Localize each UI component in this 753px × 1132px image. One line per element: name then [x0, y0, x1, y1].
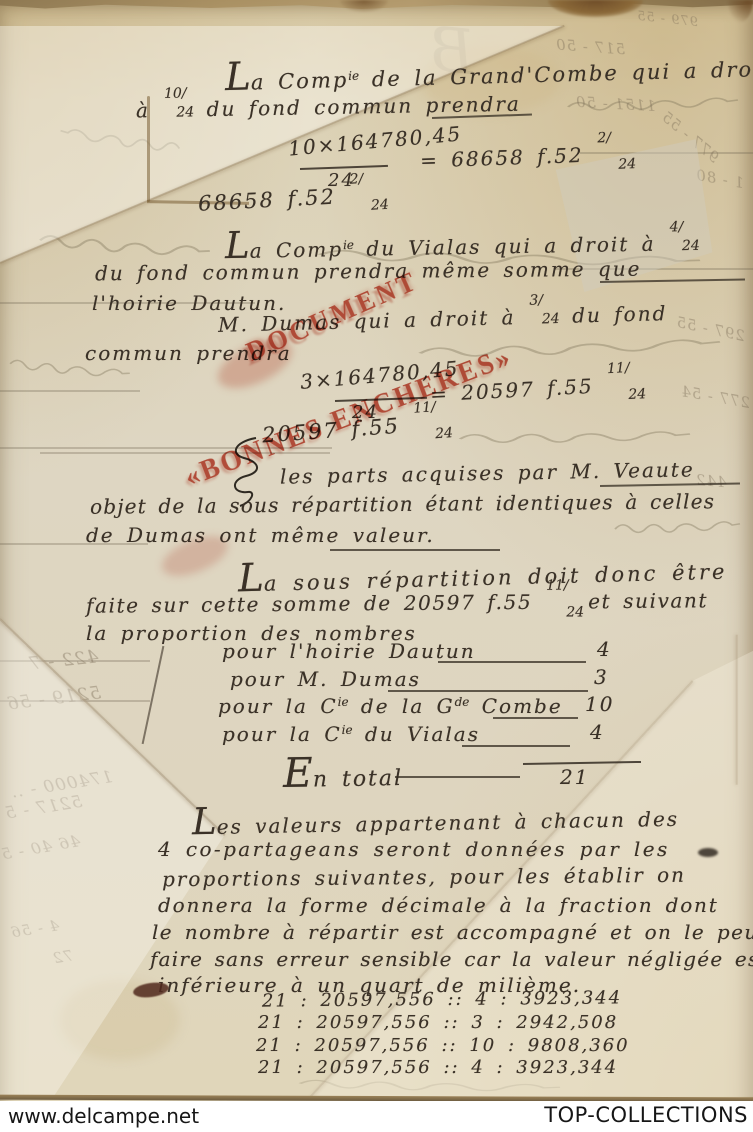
leader-line — [438, 661, 586, 663]
proportion-line: 21 : 20597,556 :: 10 : 9808,360 — [256, 1036, 630, 1056]
fraction: 3/24 — [527, 303, 560, 326]
leader-line — [388, 690, 588, 692]
manuscript-line: objet de la sous répartition étant ident… — [90, 490, 715, 517]
allocation-item-label: pour la Cie du Vialas — [222, 723, 480, 745]
fraction: 11/24 — [544, 588, 576, 610]
fraction: 11/24 — [412, 410, 445, 434]
allocation-item-label: pour l'hoirie Dautun — [222, 640, 476, 662]
fraction: 10/24 — [162, 96, 194, 119]
superscript: ie — [342, 723, 353, 737]
ghost-rule — [0, 390, 140, 392]
superscript: de — [455, 695, 470, 709]
fraction: 11/24 — [605, 371, 638, 395]
proportion-line: 21 : 20597,556 :: 4 : 3923,344 — [258, 1058, 618, 1078]
ink-underline — [330, 549, 500, 551]
proportion-line: 21 : 20597,556 :: 4 : 3923,344 — [262, 988, 622, 1011]
fraction: 2/24 — [595, 140, 628, 163]
watermark-bar: www.delcampe.net TOP-COLLECTIONS — [0, 1101, 753, 1132]
manuscript-line: du fond commun prendra même somme que — [95, 258, 642, 285]
leader-line — [462, 745, 570, 747]
manuscript-line: proportions suivantes, pour les établir … — [162, 864, 686, 891]
proportion-line: 21 : 20597,556 :: 3 : 2942,508 — [258, 1013, 618, 1033]
leader-line — [395, 776, 520, 778]
total-label: En total — [283, 749, 404, 796]
ink-blot — [698, 848, 718, 857]
manuscript-line: 4 co-partageans seront données par les — [158, 838, 670, 860]
allocation-item-value: 4 — [590, 721, 605, 743]
fold-crease — [736, 635, 738, 785]
manuscript-line: faire sans erreur sensible car la valeur… — [150, 948, 753, 970]
superscript: ie — [343, 238, 354, 252]
fraction: 4/24 — [668, 230, 700, 253]
superscript: ie — [338, 695, 349, 709]
watermark-brand: TOP-COLLECTIONS — [544, 1103, 748, 1127]
leader-line — [493, 717, 578, 719]
margin-bracket — [147, 96, 150, 202]
manuscript-line: Les valeurs appartenant à chacun des — [192, 794, 680, 843]
manuscript-line: le nombre à répartir est accompagné et o… — [152, 921, 753, 943]
allocation-item-label: pour la Cie de la Gde Combe — [218, 695, 563, 717]
total-value: 21 — [560, 766, 589, 788]
manuscript-line: donnera la forme décimale à la fraction … — [158, 894, 719, 916]
scanned-manuscript-page: 517 - 50 1151 - 50 977 - 55 1 - 80 297 -… — [0, 0, 753, 1132]
manuscript-line: faite sur cette somme de 20597 f.55 11/2… — [86, 587, 708, 616]
fraction: 2/24 — [348, 181, 381, 205]
allocation-item-label: pour M. Dumas — [230, 668, 421, 690]
superscript: ie — [348, 69, 359, 83]
allocation-item-value: 4 — [597, 638, 612, 660]
watermark-url: www.delcampe.net — [8, 1104, 199, 1128]
ghost-number: 72 — [51, 946, 75, 967]
allocation-item-value: 10 — [585, 693, 614, 715]
manuscript-line: de Dumas ont même valeur. — [86, 524, 435, 546]
allocation-item-value: 3 — [594, 666, 609, 688]
ghost-number: 442 — [694, 471, 727, 492]
